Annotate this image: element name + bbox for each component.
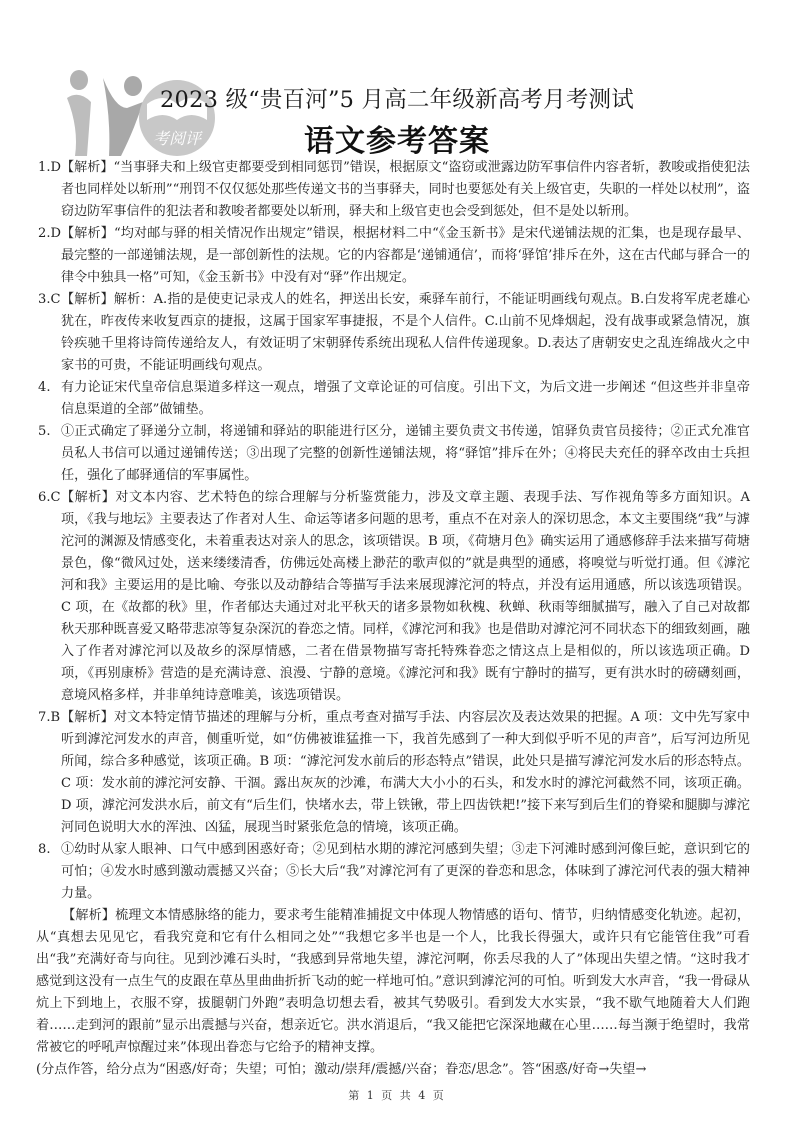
answer-number: 6.C (38, 487, 61, 509)
answer-item-1: 1.D 【解析】“当事驿夫和上级官吏都要受到相同惩罚”错误，根据原文“盗窃或泄露… (36, 157, 750, 223)
answer-number: 5. (38, 421, 51, 443)
answer-item-8: 8. ①幼时从家人眼神、口气中感到困惑好奇；②见到枯水期的滹沱河感到失望；③走下… (36, 839, 750, 905)
answer-number: 2.D (38, 223, 61, 245)
answer-text: 【解析】对文本特定情节描述的理解与分析，重点考查对描写手法、内容层次及表达效果的… (61, 710, 750, 835)
answer-item-6: 6.C 【解析】对文本内容、艺术特色的综合理解与分析鉴赏能力，涉及文章主题、表现… (36, 487, 750, 707)
answer-text: 有力论证宋代皇帝信息渠道多样这一观点，增强了文章论证的可信度。引出下文，为后文进… (61, 380, 750, 417)
document-subtitle: 语文参考答案 (0, 116, 794, 160)
page-number: 第 1 页 共 4 页 (0, 1087, 794, 1103)
answer-item-4: 4. 有力论证宋代皇帝信息渠道多样这一观点，增强了文章论证的可信度。引出下文，为… (36, 377, 750, 421)
answer-text: ①幼时从家人眼神、口气中感到困惑好奇；②见到枯水期的滹沱河感到失望；③走下河滩时… (61, 842, 750, 901)
answer-content: 1.D 【解析】“当事驿夫和上级官吏都要受到相同惩罚”错误，根据原文“盗窃或泄露… (36, 157, 750, 1081)
answer-text: 【解析】解析：A.指的是使吏记录戎人的姓名，押送出长安，乘驿车前行，不能证明画线… (61, 292, 750, 373)
answer-number: 7.B (38, 707, 60, 729)
answer-item-5: 5. ①正式确定了驿递分立制，将递铺和驿站的职能进行区分，递铺主要负责文书传递，… (36, 421, 750, 487)
answer-item-3: 3.C 【解析】解析：A.指的是使吏记录戎人的姓名，押送出长安，乘驿车前行，不能… (36, 289, 750, 377)
answer-item-7: 7.B 【解析】对文本特定情节描述的理解与分析，重点考查对描写手法、内容层次及表… (36, 707, 750, 839)
answer-number: 3.C (38, 289, 61, 311)
scoring-note: (分点作答，给分点为“困惑/好奇；失望；可怕；激动/崇拜/震撼/兴奋；眷恋/思念… (36, 1059, 750, 1081)
answer-text: 【解析】对文本内容、艺术特色的综合理解与分析鉴赏能力，涉及文章主题、表现手法、写… (61, 490, 750, 703)
answer-number: 4. (38, 377, 51, 399)
answer-text: 【解析】“均对邮与驿的相关情况作出规定”错误，根据材料二中“《金玉新书》是宋代递… (61, 226, 750, 285)
answer-item-2: 2.D 【解析】“均对邮与驿的相关情况作出规定”错误，根据材料二中“《金玉新书》… (36, 223, 750, 289)
analysis-paragraph-8: 【解析】梳理文本情感脉络的能力，要求考生能精准捕捉文中体现人物情感的语句、情节，… (36, 905, 750, 1059)
answer-text: ①正式确定了驿递分立制，将递铺和驿站的职能进行区分，递铺主要负责文书传递，馆驿负… (61, 424, 750, 483)
answer-number: 1.D (38, 157, 61, 179)
answer-number: 8. (38, 839, 51, 861)
answer-text: 【解析】“当事驿夫和上级官吏都要受到相同惩罚”错误，根据原文“盗窃或泄露边防军事… (61, 160, 750, 219)
document-title: 2023 级“贵百河”5 月高二年级新高考月考测试 (0, 82, 794, 114)
